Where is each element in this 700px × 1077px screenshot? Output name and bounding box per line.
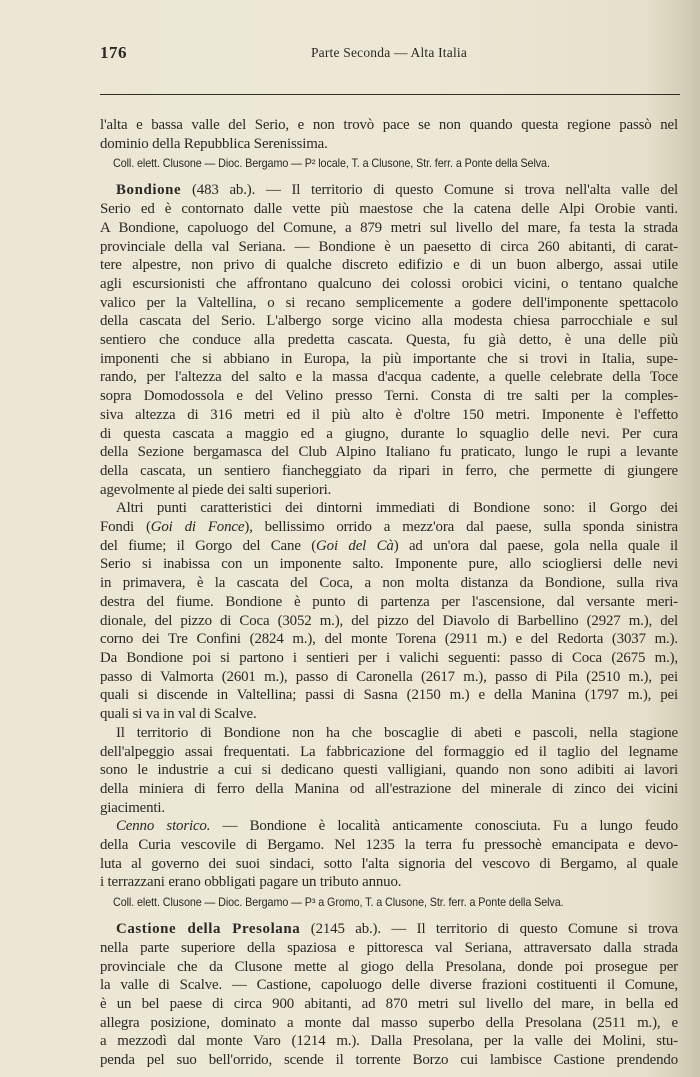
text-line: Serio si inabissa con un imponente salto…	[100, 555, 678, 574]
electoral-info-line: Coll. elett. Clusone — Dioc. Bergamo — P…	[100, 894, 638, 911]
entry-inhabitants: (483 ab.).	[192, 182, 255, 198]
history-lead-text: — Bondione è località anticamente conosc…	[210, 818, 678, 834]
text-line: giacimenti.	[100, 799, 678, 818]
text-line: della Sezione bergamasca del Club Alpino…	[100, 443, 678, 462]
entry-title: Castione della Presolana	[116, 921, 300, 937]
entry-first-line: Bondione (483 ab.). — Il territorio di q…	[100, 181, 678, 200]
text-line: quali si va in val di Scalve.	[100, 705, 678, 724]
text-line: Serio ed è contornato dalle vette più ma…	[100, 200, 678, 219]
text-line: destra del fiume. Bondione è punto di pa…	[100, 593, 678, 612]
entry-title: Bondione	[116, 182, 181, 198]
entry-castione: Castione della Presolana (2145 ab.). — I…	[100, 920, 678, 1070]
text-line: della Curia vescovile di Bergamo. Nel 12…	[100, 836, 678, 855]
text-line: sentiero che conduce alla predetta casca…	[100, 331, 678, 350]
text-line: la valle di Scalve. — Castione, capoluog…	[100, 976, 678, 995]
entry-bondione: Bondione (483 ab.). — Il territorio di q…	[100, 181, 678, 499]
paragraph-economy: Il territorio di Bondione non ha che bos…	[100, 724, 678, 818]
text-line: imponenti che si abbiano in Europa, la p…	[100, 350, 678, 369]
text-line: passo di Valmorta (2601 m.), passo di Ca…	[100, 668, 678, 687]
text-line: della cascata del Serio. L'albergo sorge…	[100, 312, 678, 331]
text-line: Il territorio di Bondione non ha che bos…	[100, 724, 678, 743]
text-line: dell'alpeggio assai frequentati. La fabb…	[100, 743, 678, 762]
text-line: A Bondione, capoluogo del Comune, a 879 …	[100, 219, 678, 238]
book-page: 176 Parte Seconda — Alta Italia l'alta e…	[0, 0, 700, 1077]
italic-term: Goi di Fonce	[151, 519, 245, 535]
text-line: del fiume; il Gorgo del Cane (Goi del Cà…	[100, 537, 678, 556]
text-line: rando, per l'altezza del salto e la mass…	[100, 368, 678, 387]
text-line: nella parte superiore della spaziosa e p…	[100, 939, 678, 958]
text-line: provinciale che da Clusone mette al giog…	[100, 958, 678, 977]
text-line: della miniera di ferro della Manina od a…	[100, 780, 678, 799]
text-line: della cascata, un sentiero fiancheggiato…	[100, 462, 678, 481]
entry-inhabitants: (2145 ab.).	[311, 921, 381, 937]
paragraph-landmarks: Altri punti caratteristici dei dintorni …	[100, 499, 678, 723]
text-line: quali si discende in Valtellina; passi d…	[100, 686, 678, 705]
text-line: Da Bondione poi si partono i sentieri pe…	[100, 649, 678, 668]
text-line: valico per la Valtellina, o si recano se…	[100, 294, 678, 313]
text-line: Cenno storico. — Bondione è località ant…	[100, 817, 678, 836]
page-body: l'alta e bassa valle del Serio, e non tr…	[100, 116, 678, 1070]
text-line: tere alpestre, non privo di qualche disc…	[100, 256, 678, 275]
text-line: sono le industrie a cui si dedicano ques…	[100, 761, 678, 780]
text-line: dionale, del pizzo di Coca (3052 m.), de…	[100, 612, 678, 631]
header-rule	[100, 94, 680, 95]
text-line: Fondi (Goi di Fonce), bellissimo orrido …	[100, 518, 678, 537]
entry-first-line: Castione della Presolana (2145 ab.). — I…	[100, 920, 678, 939]
text-line: a mezzodì dal monte Varo (1214 m.). Dall…	[100, 1032, 678, 1051]
text-line: luta al governo dei suoi sindaci, sotto …	[100, 855, 678, 874]
text-line: dominio della Repubblica Serenissima.	[100, 135, 678, 154]
text-line: corno dei Tre Confini (2824 m.), del mon…	[100, 630, 678, 649]
text-line: siva altezza di 316 metri ed il più alto…	[100, 406, 678, 425]
continuation-paragraph: l'alta e bassa valle del Serio, e non tr…	[100, 116, 678, 153]
text-line: penda pel suo bell'orrido, scende il tor…	[100, 1051, 678, 1070]
page-header: 176 Parte Seconda — Alta Italia	[100, 43, 678, 61]
paragraph-history: Cenno storico. — Bondione è località ant…	[100, 817, 678, 892]
text-line: l'alta e bassa valle del Serio, e non tr…	[100, 116, 678, 135]
text-line: Altri punti caratteristici dei dintorni …	[100, 499, 678, 518]
entry-lead-text: — Il territorio di questo Comune si trov…	[255, 182, 678, 198]
history-label: Cenno storico.	[116, 818, 210, 834]
entry-lead-text: — Il territorio di questo Comune si trov…	[381, 921, 678, 937]
running-head: Parte Seconda — Alta Italia	[100, 45, 678, 61]
italic-term: Goi del Cà	[316, 538, 394, 554]
text-line: i terrazzani erano obbligati pagare un t…	[100, 873, 678, 892]
text-line: agli escursionisti che affrontano qualcu…	[100, 275, 678, 294]
text-line: allegra posizione, dominato a monte dal …	[100, 1014, 678, 1033]
electoral-info-line: Coll. elett. Clusone — Dioc. Bergamo — P…	[100, 155, 638, 172]
text-line: di questa cascata a maggio ed a giugno, …	[100, 425, 678, 444]
text-line: sopra Domodossola e del Velino presso Te…	[100, 387, 678, 406]
text-line: agevolmente al piede dei salti superiori…	[100, 481, 678, 500]
text-line: provinciale della val Seriana. — Bondion…	[100, 238, 678, 257]
text-line: in primavera, è la cascata del Coca, a n…	[100, 574, 678, 593]
text-line: è un bel paese di circa 900 abitanti, ad…	[100, 995, 678, 1014]
